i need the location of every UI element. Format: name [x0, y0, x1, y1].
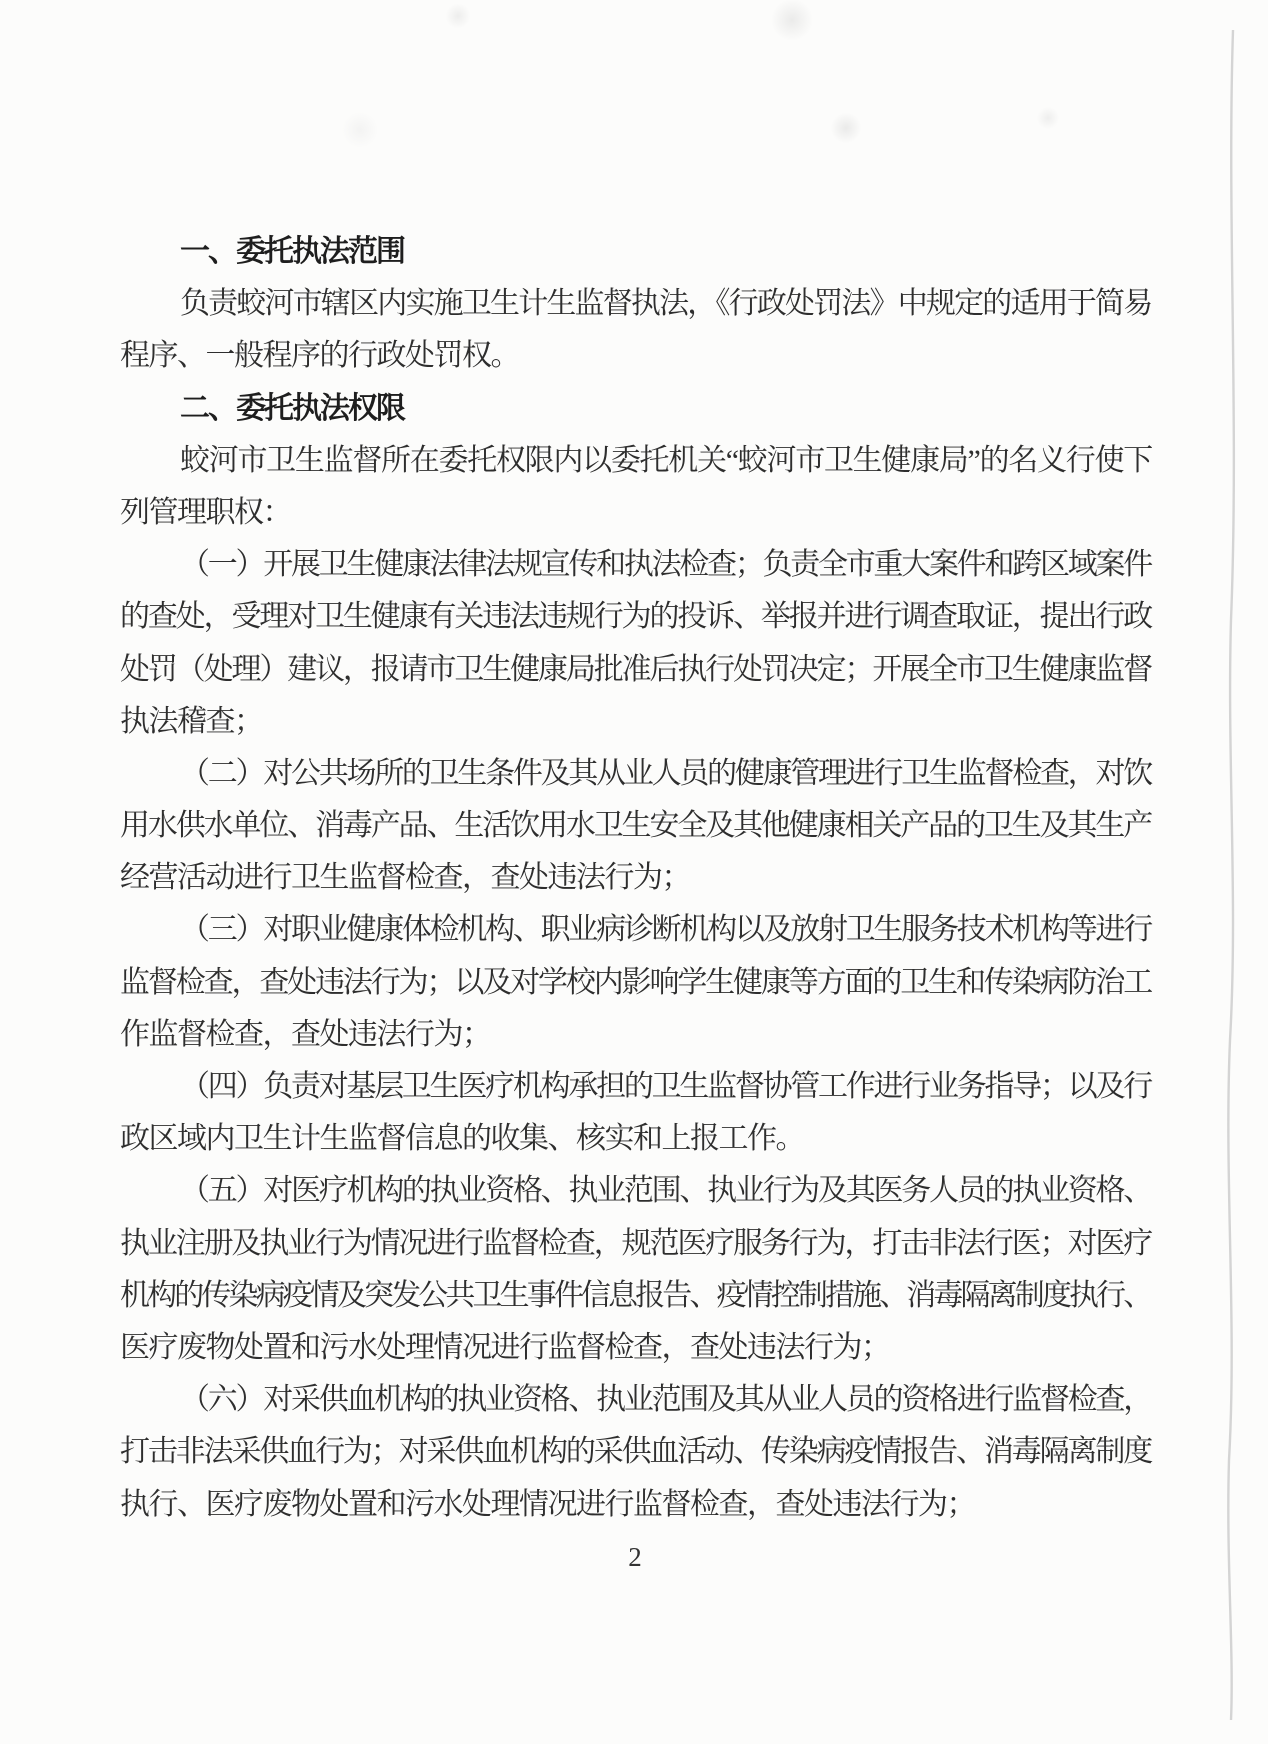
doc-line: 医疗废物处置和污水处理情况进行监督检查，查处违法行为；	[120, 1322, 1150, 1374]
doc-line: 执法稽查；	[120, 696, 1150, 748]
doc-line-item-2: （二）对公共场所的卫生条件及其从业人员的健康管理进行卫生监督检查，对饮	[120, 748, 1150, 800]
doc-line: 蛟河市卫生监督所在委托权限内以委托机关“蛟河市卫生健康局”的名义行使下	[120, 435, 1150, 487]
doc-line: 作监督检查，查处违法行为；	[120, 1009, 1150, 1061]
scanned-document-page: { "document": { "colors": { "paper": "#f…	[0, 0, 1268, 1744]
doc-line: 负责蛟河市辖区内实施卫生计生监督执法，《行政处罚法》中规定的适用于简易	[120, 278, 1150, 330]
doc-line-item-3: （三）对职业健康体检机构、职业病诊断机构以及放射卫生服务技术机构等进行	[120, 904, 1150, 956]
doc-line: 执业注册及执业行为情况进行监督检查，规范医疗服务行为，打击非法行医；对医疗	[120, 1218, 1150, 1270]
doc-line: 执行、医疗废物处置和污水处理情况进行监督检查，查处违法行为；	[120, 1479, 1150, 1531]
section-heading-1: 一、委托执法范围	[120, 226, 1150, 278]
document-body: 一、委托执法范围 负责蛟河市辖区内实施卫生计生监督执法，《行政处罚法》中规定的适…	[120, 226, 1150, 1583]
doc-line: 程序、一般程序的行政处罚权。	[120, 330, 1150, 382]
page-number: 2	[120, 1531, 1150, 1583]
doc-line: 打击非法采供血行为；对采供血机构的采供血活动、传染病疫情报告、消毒隔离制度	[120, 1426, 1150, 1478]
doc-line-item-4: （四）负责对基层卫生医疗机构承担的卫生监督协管工作进行业务指导；以及行	[120, 1061, 1150, 1113]
doc-line: 的查处，受理对卫生健康有关违法违规行为的投诉、举报并进行调查取证，提出行政	[120, 591, 1150, 643]
doc-line: 经营活动进行卫生监督检查，查处违法行为；	[120, 852, 1150, 904]
doc-line: 处罚（处理）建议，报请市卫生健康局批准后执行处罚决定；开展全市卫生健康监督	[120, 644, 1150, 696]
section-heading-2: 二、委托执法权限	[120, 383, 1150, 435]
doc-line: 列管理职权：	[120, 487, 1150, 539]
doc-line-item-1: （一）开展卫生健康法律法规宣传和执法检查；负责全市重大案件和跨区域案件	[120, 539, 1150, 591]
doc-line: 用水供水单位、消毒产品、生活饮用水卫生安全及其他健康相关产品的卫生及其生产	[120, 800, 1150, 852]
doc-line-item-5: （五）对医疗机构的执业资格、执业范围、执业行为及其医务人员的执业资格、	[120, 1165, 1150, 1217]
doc-line-item-6: （六）对采供血机构的执业资格、执业范围及其从业人员的资格进行监督检查，	[120, 1374, 1150, 1426]
doc-line: 机构的传染病疫情及突发公共卫生事件信息报告、疫情控制措施、消毒隔离制度执行、	[120, 1270, 1150, 1322]
doc-line: 监督检查，查处违法行为；以及对学校内影响学生健康等方面的卫生和传染病防治工	[120, 957, 1150, 1009]
doc-line: 政区域内卫生计生监督信息的收集、核实和上报工作。	[120, 1113, 1150, 1165]
